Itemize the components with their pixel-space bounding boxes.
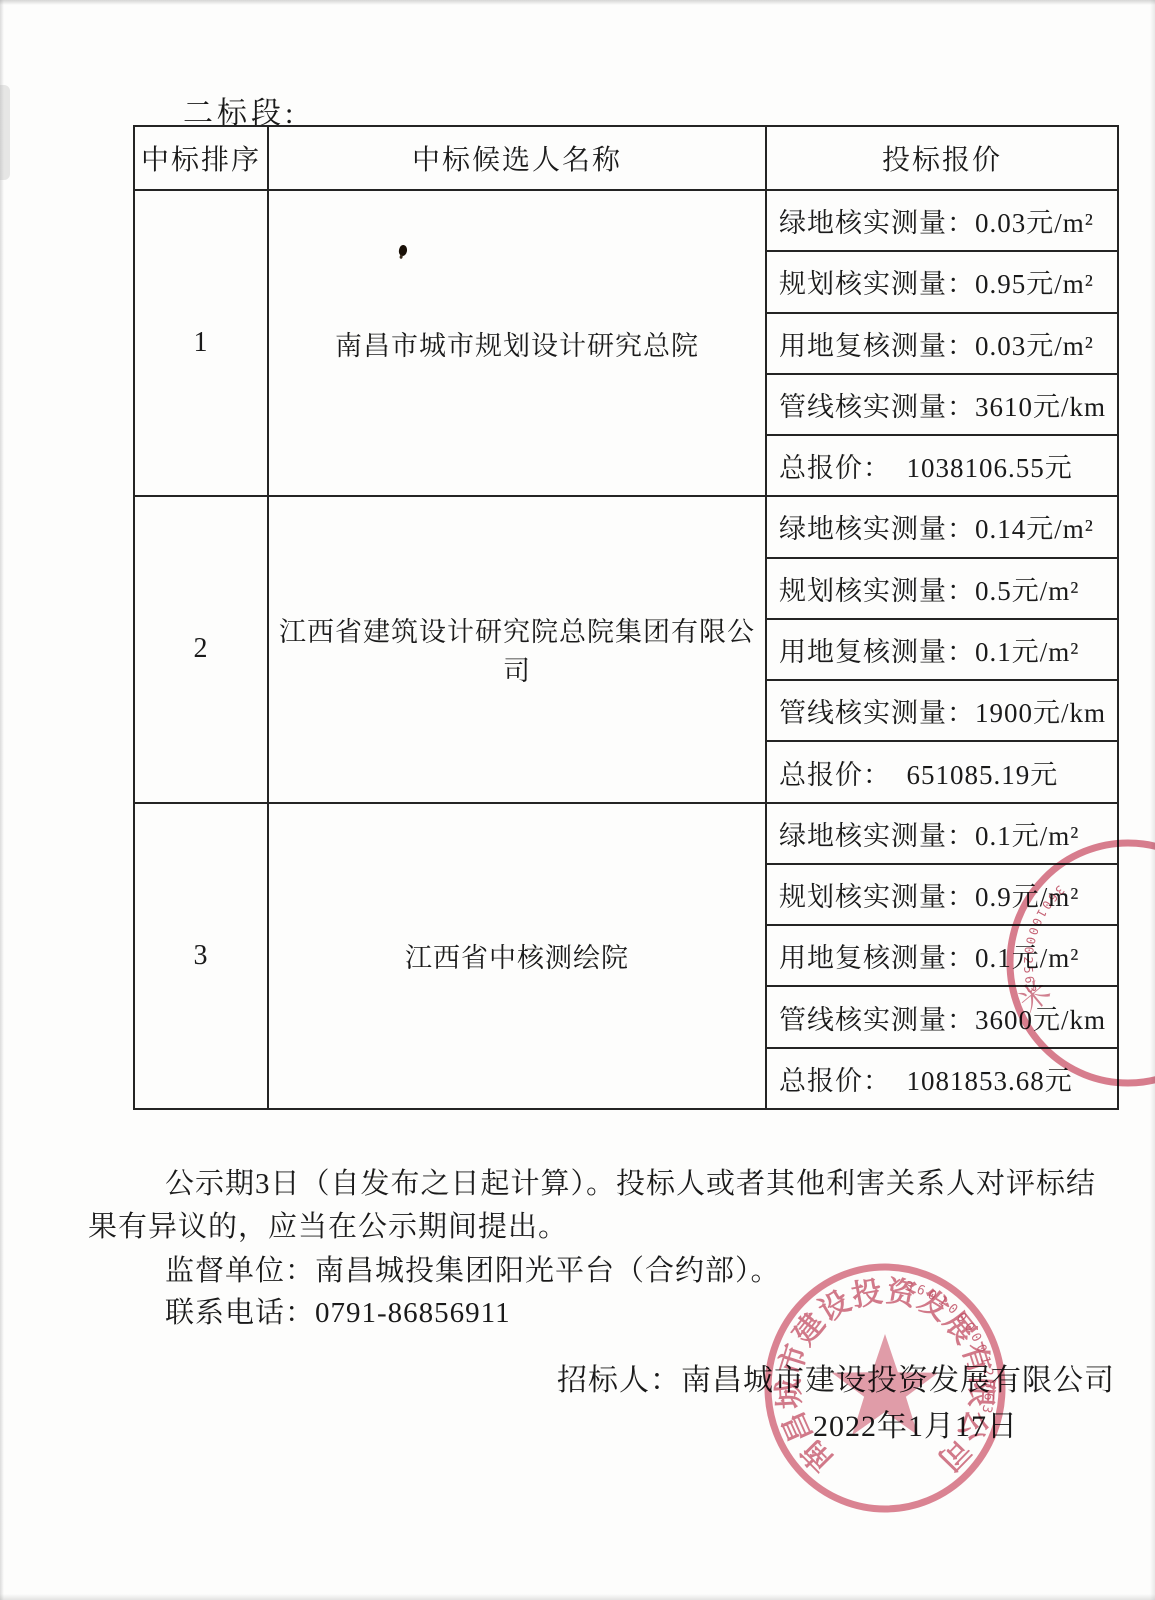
candidate-name: 南昌市城市规划设计研究总院 bbox=[269, 191, 765, 495]
header-rank: 中标排序 bbox=[135, 127, 269, 189]
price-row: 绿地核实测量：0.14元/m² bbox=[767, 495, 1117, 556]
scan-edge-right bbox=[1150, 0, 1155, 1600]
document-page: 二标段: 中标排序 中标候选人名称 投标报价 1 2 3 南昌市城市规划设计研究… bbox=[0, 0, 1155, 1600]
rank-cell: 1 bbox=[135, 191, 267, 495]
seal-serial-number: 36010000012563 bbox=[903, 1279, 996, 1418]
price-row: 规划核实测量：0.5元/m² bbox=[767, 557, 1117, 618]
scan-edge-top bbox=[0, 0, 1155, 5]
contact-phone-line: 联系电话：0791-86856911 bbox=[165, 1290, 511, 1331]
table-body: 1 2 3 南昌市城市规划设计研究总院 江西省建筑设计研究院总院集团有限公司 江… bbox=[135, 191, 1117, 1108]
header-bid-price: 投标报价 bbox=[767, 127, 1117, 189]
seal-star-icon bbox=[832, 1334, 939, 1435]
candidate-column: 南昌市城市规划设计研究总院 江西省建筑设计研究院总院集团有限公司 江西省中核测绘… bbox=[269, 191, 767, 1108]
svg-text:36010000012563: 36010000012563 bbox=[903, 1279, 996, 1418]
supervisor-line: 监督单位：南昌城投集团阳光平台（合约部）。 bbox=[165, 1248, 781, 1289]
price-row: 用地复核测量：0.03元/m² bbox=[767, 312, 1117, 373]
price-row: 管线核实测量：1900元/km bbox=[767, 679, 1117, 740]
header-candidate-name: 中标候选人名称 bbox=[269, 127, 767, 189]
price-row: 用地复核测量：0.1元/m² bbox=[767, 618, 1117, 679]
price-row-total: 总报价： 651085.19元 bbox=[767, 740, 1117, 801]
price-row-total: 总报价： 1038106.55元 bbox=[767, 434, 1117, 495]
scan-edge-left bbox=[0, 0, 4, 1600]
rank-column: 1 2 3 bbox=[135, 191, 269, 1108]
company-seal: 南昌城市建设投资发展有限公司 36010000012563 bbox=[745, 1238, 1025, 1558]
rank-cell: 2 bbox=[135, 495, 267, 801]
candidate-name: 江西省建筑设计研究院总院集团有限公司 bbox=[269, 495, 765, 801]
scan-streak bbox=[0, 85, 10, 180]
notice-line-1: 公示期3日（自发布之日起计算）。投标人或者其他利害关系人对评标结 bbox=[165, 1161, 1096, 1202]
notice-line-2: 果有异议的，应当在公示期间提出。 bbox=[88, 1204, 568, 1245]
scan-edge-bottom bbox=[0, 1594, 1155, 1600]
table-header-row: 中标排序 中标候选人名称 投标报价 bbox=[135, 127, 1117, 191]
candidate-name: 江西省中核测绘院 bbox=[269, 802, 765, 1108]
price-row: 管线核实测量：3610元/km bbox=[767, 373, 1117, 434]
bid-table: 中标排序 中标候选人名称 投标报价 1 2 3 南昌市城市规划设计研究总院 江西… bbox=[133, 125, 1119, 1110]
price-row: 绿地核实测量：0.03元/m² bbox=[767, 191, 1117, 250]
price-row: 规划核实测量：0.95元/m² bbox=[767, 250, 1117, 311]
partial-seal: 360100002563 米 bbox=[978, 833, 1155, 1103]
rank-cell: 3 bbox=[135, 802, 267, 1108]
